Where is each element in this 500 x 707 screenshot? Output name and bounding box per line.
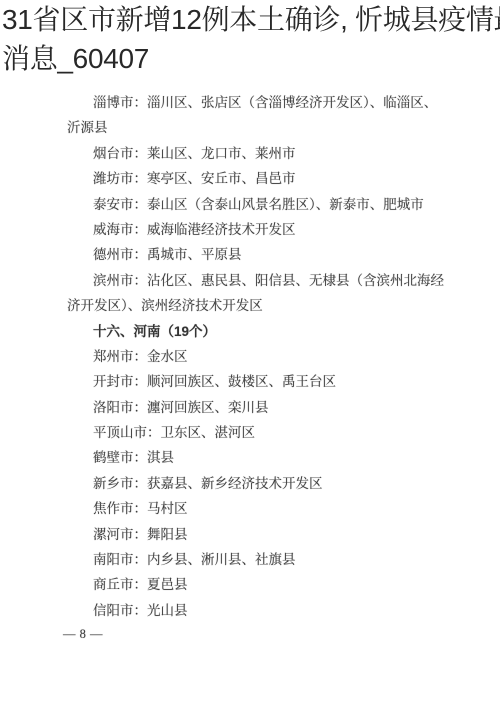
doc-line: 威海市：威海临港经济技术开发区 xyxy=(67,217,477,242)
doc-line: 焦作市：马村区 xyxy=(67,496,477,521)
doc-line: 鹤壁市：淇县 xyxy=(67,445,477,470)
doc-line: 济开发区）、滨州经济技术开发区 xyxy=(67,293,477,318)
page-number: — 8 — xyxy=(63,627,103,642)
doc-line: 新乡市：获嘉县、新乡经济技术开发区 xyxy=(67,471,477,496)
page-title: 31省区市新增12例本土确诊, 忻城县疫情最新 消息_60407 xyxy=(2,1,500,78)
doc-line: 商丘市：夏邑县 xyxy=(67,572,477,597)
doc-line: 潍坊市：寒亭区、安丘市、昌邑市 xyxy=(67,166,477,191)
doc-line: 滨州市：沾化区、惠民县、阳信县、无棣县（含滨州北海经 xyxy=(67,268,477,293)
doc-line: 平顶山市：卫东区、湛河区 xyxy=(67,420,477,445)
section-heading: 十六、河南（19个） xyxy=(67,319,477,344)
title-line-2: 消息_60407 xyxy=(2,40,500,79)
doc-line: 洛阳市：瀍河回族区、栾川县 xyxy=(67,395,477,420)
doc-line: 沂源县 xyxy=(67,115,477,140)
doc-line: 南阳市：内乡县、淅川县、社旗县 xyxy=(67,547,477,572)
doc-line: 郑州市：金水区 xyxy=(67,344,477,369)
doc-line: 泰安市：泰山区（含泰山风景名胜区）、新泰市、肥城市 xyxy=(67,192,477,217)
title-line-1: 31省区市新增12例本土确诊, 忻城县疫情最新 xyxy=(2,1,500,40)
doc-line: 信阳市：光山县 xyxy=(67,598,477,623)
doc-line: 淄博市：淄川区、张店区（含淄博经济开发区）、临淄区、 xyxy=(67,90,477,115)
document-page: 淄博市：淄川区、张店区（含淄博经济开发区）、临淄区、 沂源县 烟台市：莱山区、龙… xyxy=(67,90,477,623)
doc-line: 开封市：顺河回族区、鼓楼区、禹王台区 xyxy=(67,369,477,394)
doc-line: 漯河市：舞阳县 xyxy=(67,522,477,547)
doc-line: 烟台市：莱山区、龙口市、莱州市 xyxy=(67,141,477,166)
doc-line: 德州市：禹城市、平原县 xyxy=(67,242,477,267)
